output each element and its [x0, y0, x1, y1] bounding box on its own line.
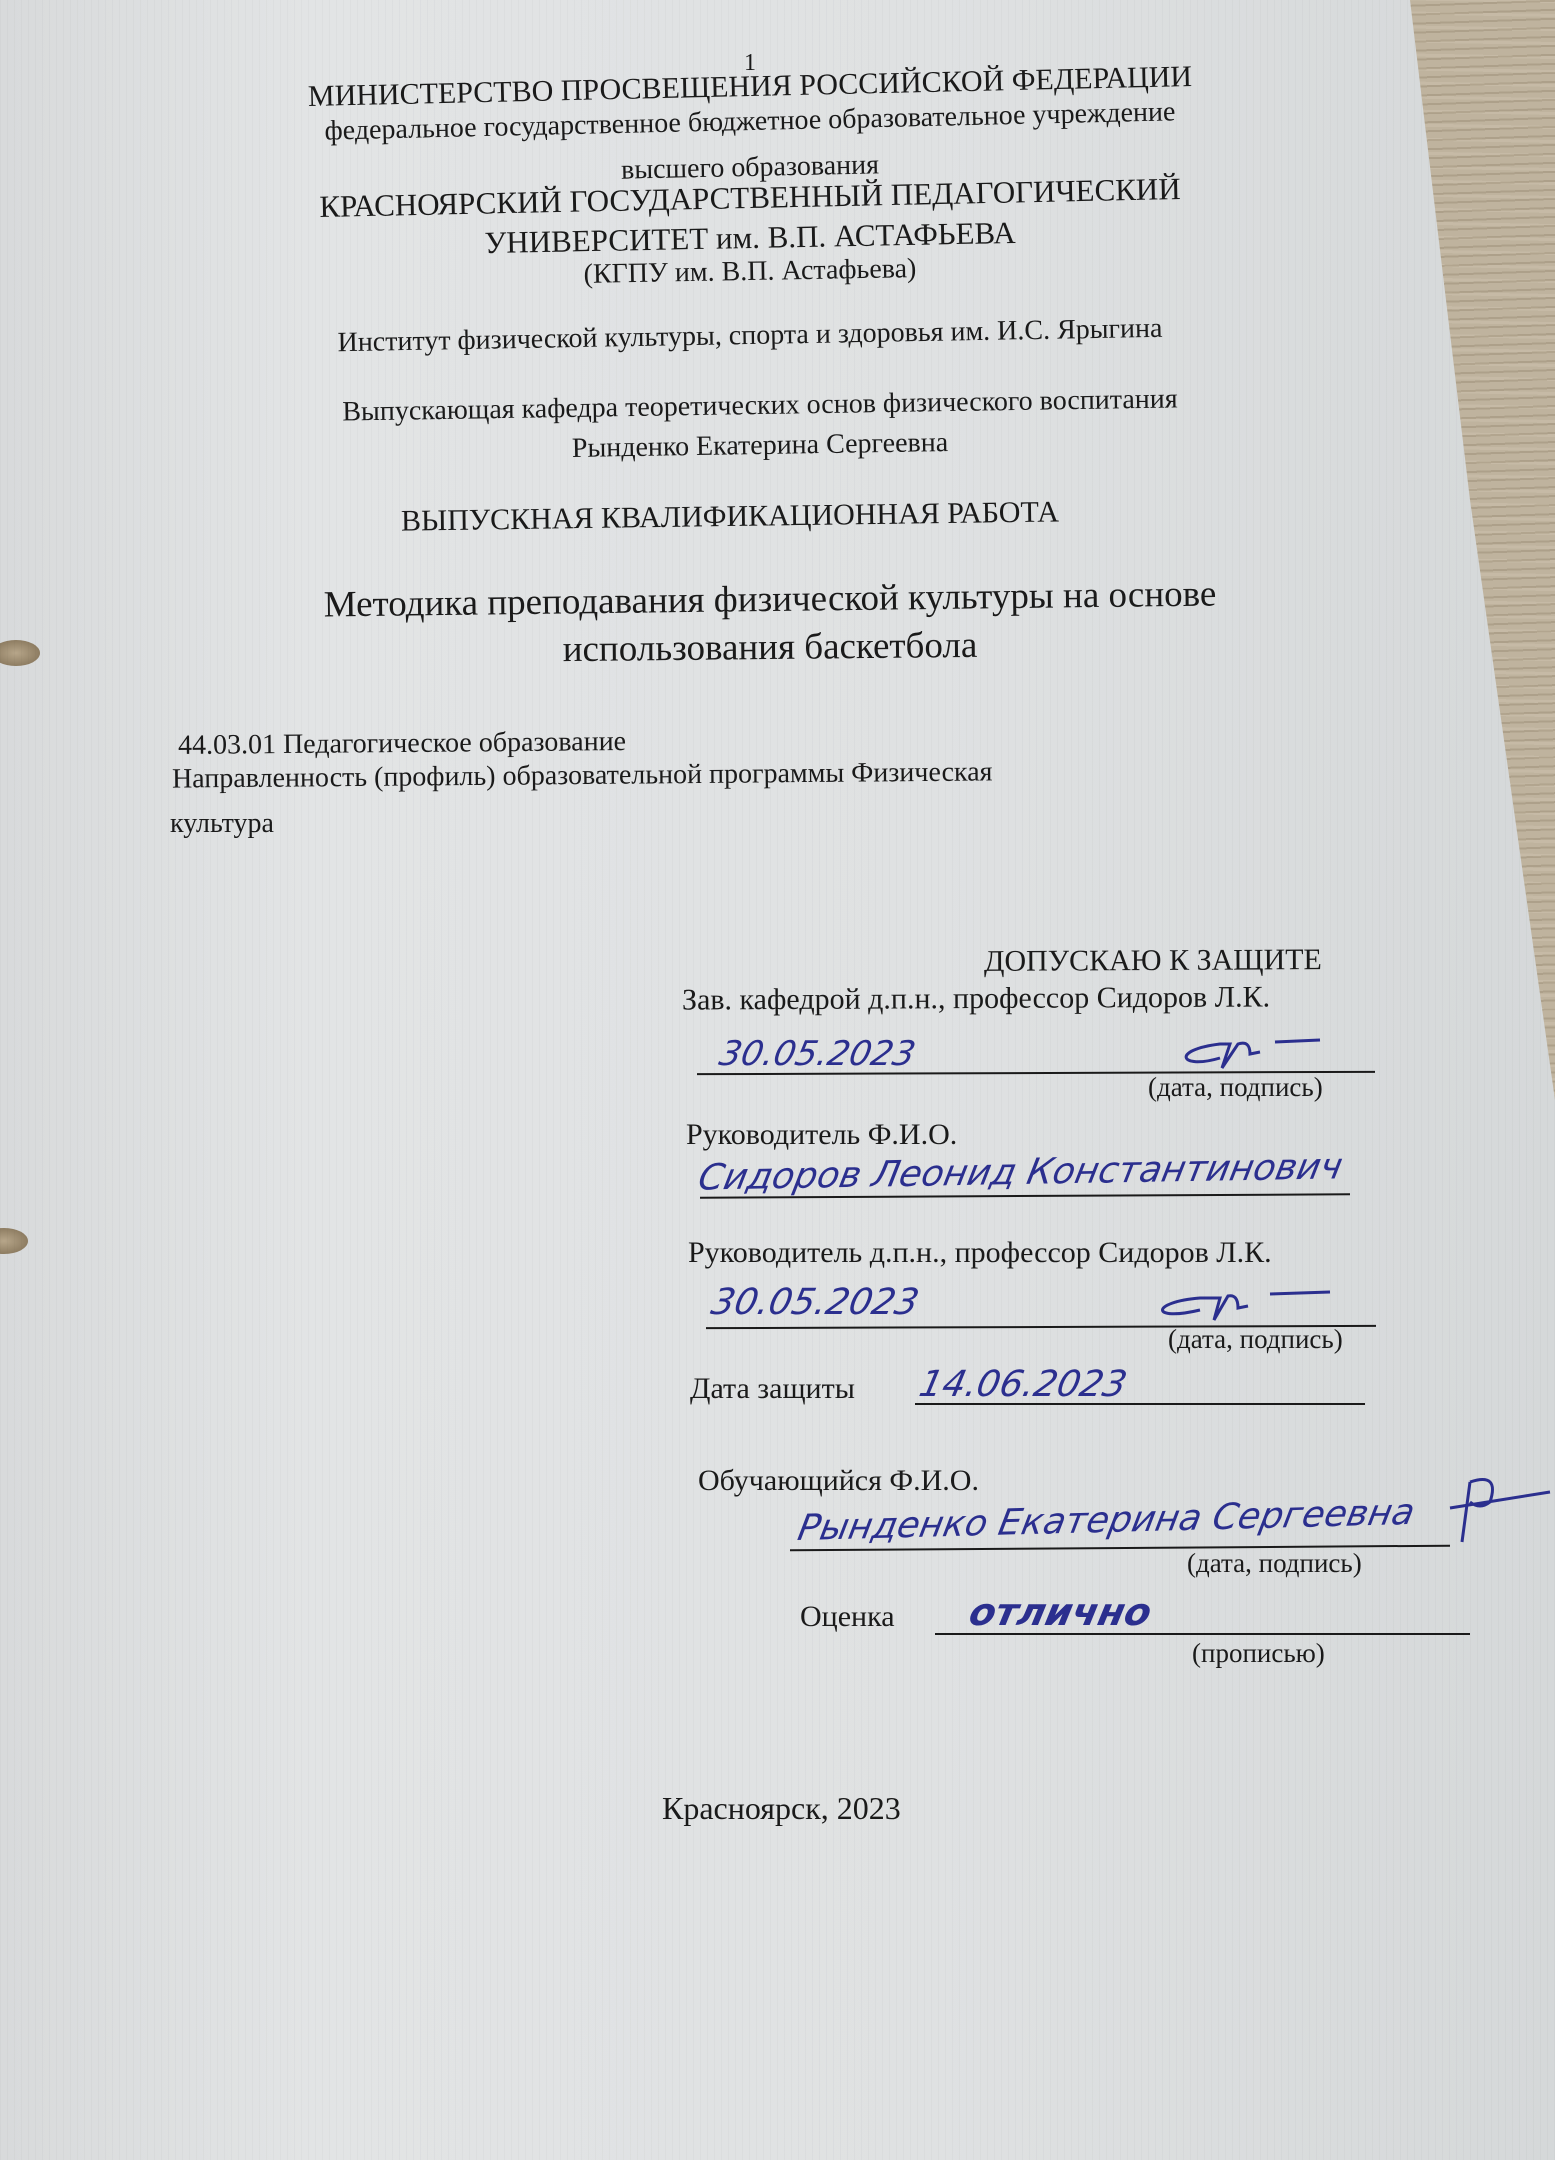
supervisor-name-line [700, 1193, 1350, 1198]
supervisor-name-label: Руководитель Ф.И.О. [686, 1118, 957, 1152]
university-name-continued: УНИВЕРСИТЕТ им. В.П. АСТАФЬЕВА [230, 210, 1270, 266]
university-name: КРАСНОЯРСКИЙ ГОСУДАРСТВЕННЫЙ ПЕДАГОГИЧЕС… [230, 169, 1271, 227]
head-of-department: Зав. кафедрой д.п.н., профессор Сидоров … [682, 980, 1270, 1017]
head-date-handwritten: 30.05.2023 [716, 1034, 919, 1074]
punch-hole-icon [0, 640, 40, 666]
head-signature-line [697, 1071, 1375, 1075]
institution-type-continued: высшего образования [230, 141, 1270, 195]
student-name-handwritten: Рынденко Екатерина Сергеевна [795, 1492, 1418, 1549]
student-signature-line [790, 1545, 1450, 1552]
program-code: 44.03.01 Педагогическое образование [178, 726, 626, 762]
head-signature-icon [1160, 1030, 1360, 1080]
grade-label: Оценка [800, 1600, 895, 1634]
supervisor-signature-icon [1130, 1280, 1360, 1330]
document-page: 1 МИНИСТЕРСТВО ПРОСВЕЩЕНИЯ РОССИЙСКОЙ ФЕ… [0, 0, 1555, 2160]
department-name: Выпускающая кафедра теоретических основ … [230, 382, 1290, 431]
institute-name: Институт физической культуры, спорта и з… [230, 311, 1270, 361]
program-profile: Направленность (профиль) образовательной… [172, 756, 993, 795]
punch-hole-icon [0, 1228, 28, 1254]
defense-date-label: Дата защиты [690, 1372, 855, 1406]
approval-heading: ДОПУСКАЮ К ЗАЩИТЕ [984, 943, 1322, 979]
institution-type: федеральное государственное бюджетное об… [230, 94, 1270, 150]
ministry-name: МИНИСТЕРСТВО ПРОСВЕЩЕНИЯ РОССИЙСКОЙ ФЕДЕ… [230, 58, 1271, 116]
supervisor-name-handwritten: Сидоров Леонид Константинович [695, 1146, 1346, 1198]
city-year: Красноярск, 2023 [662, 1790, 901, 1827]
thesis-title-line1: Методика преподавания физической культур… [200, 571, 1340, 628]
defense-date-line [915, 1403, 1365, 1405]
student-name-label: Обучающийся Ф.И.О. [698, 1464, 979, 1498]
supervisor-caption: (дата, подпись) [1168, 1324, 1343, 1355]
head-caption: (дата, подпись) [1148, 1072, 1323, 1103]
program-profile-continued: культура [170, 808, 274, 840]
thesis-title-line2: использования баскетбола [200, 620, 1340, 675]
defense-date-handwritten: 14.06.2023 [916, 1364, 1131, 1405]
page-number: 1 [0, 50, 1500, 77]
grade-caption: (прописью) [1192, 1638, 1325, 1669]
university-abbreviation: (КГПУ им. В.П. Астафьева) [230, 247, 1270, 297]
grade-line [935, 1633, 1470, 1635]
author-name: Рынденко Екатерина Сергеевна [230, 422, 1290, 471]
supervisor-signature-line [706, 1325, 1376, 1329]
student-signature-icon [1440, 1462, 1555, 1552]
grade-handwritten: отлично [965, 1590, 1155, 1634]
student-caption: (дата, подпись) [1187, 1548, 1362, 1579]
supervisor-title: Руководитель д.п.н., профессор Сидоров Л… [688, 1236, 1272, 1270]
supervisor-date-handwritten: 30.05.2023 [708, 1282, 923, 1323]
work-type: ВЫПУСКНАЯ КВАЛИФИКАЦИОННАЯ РАБОТА [230, 493, 1230, 541]
